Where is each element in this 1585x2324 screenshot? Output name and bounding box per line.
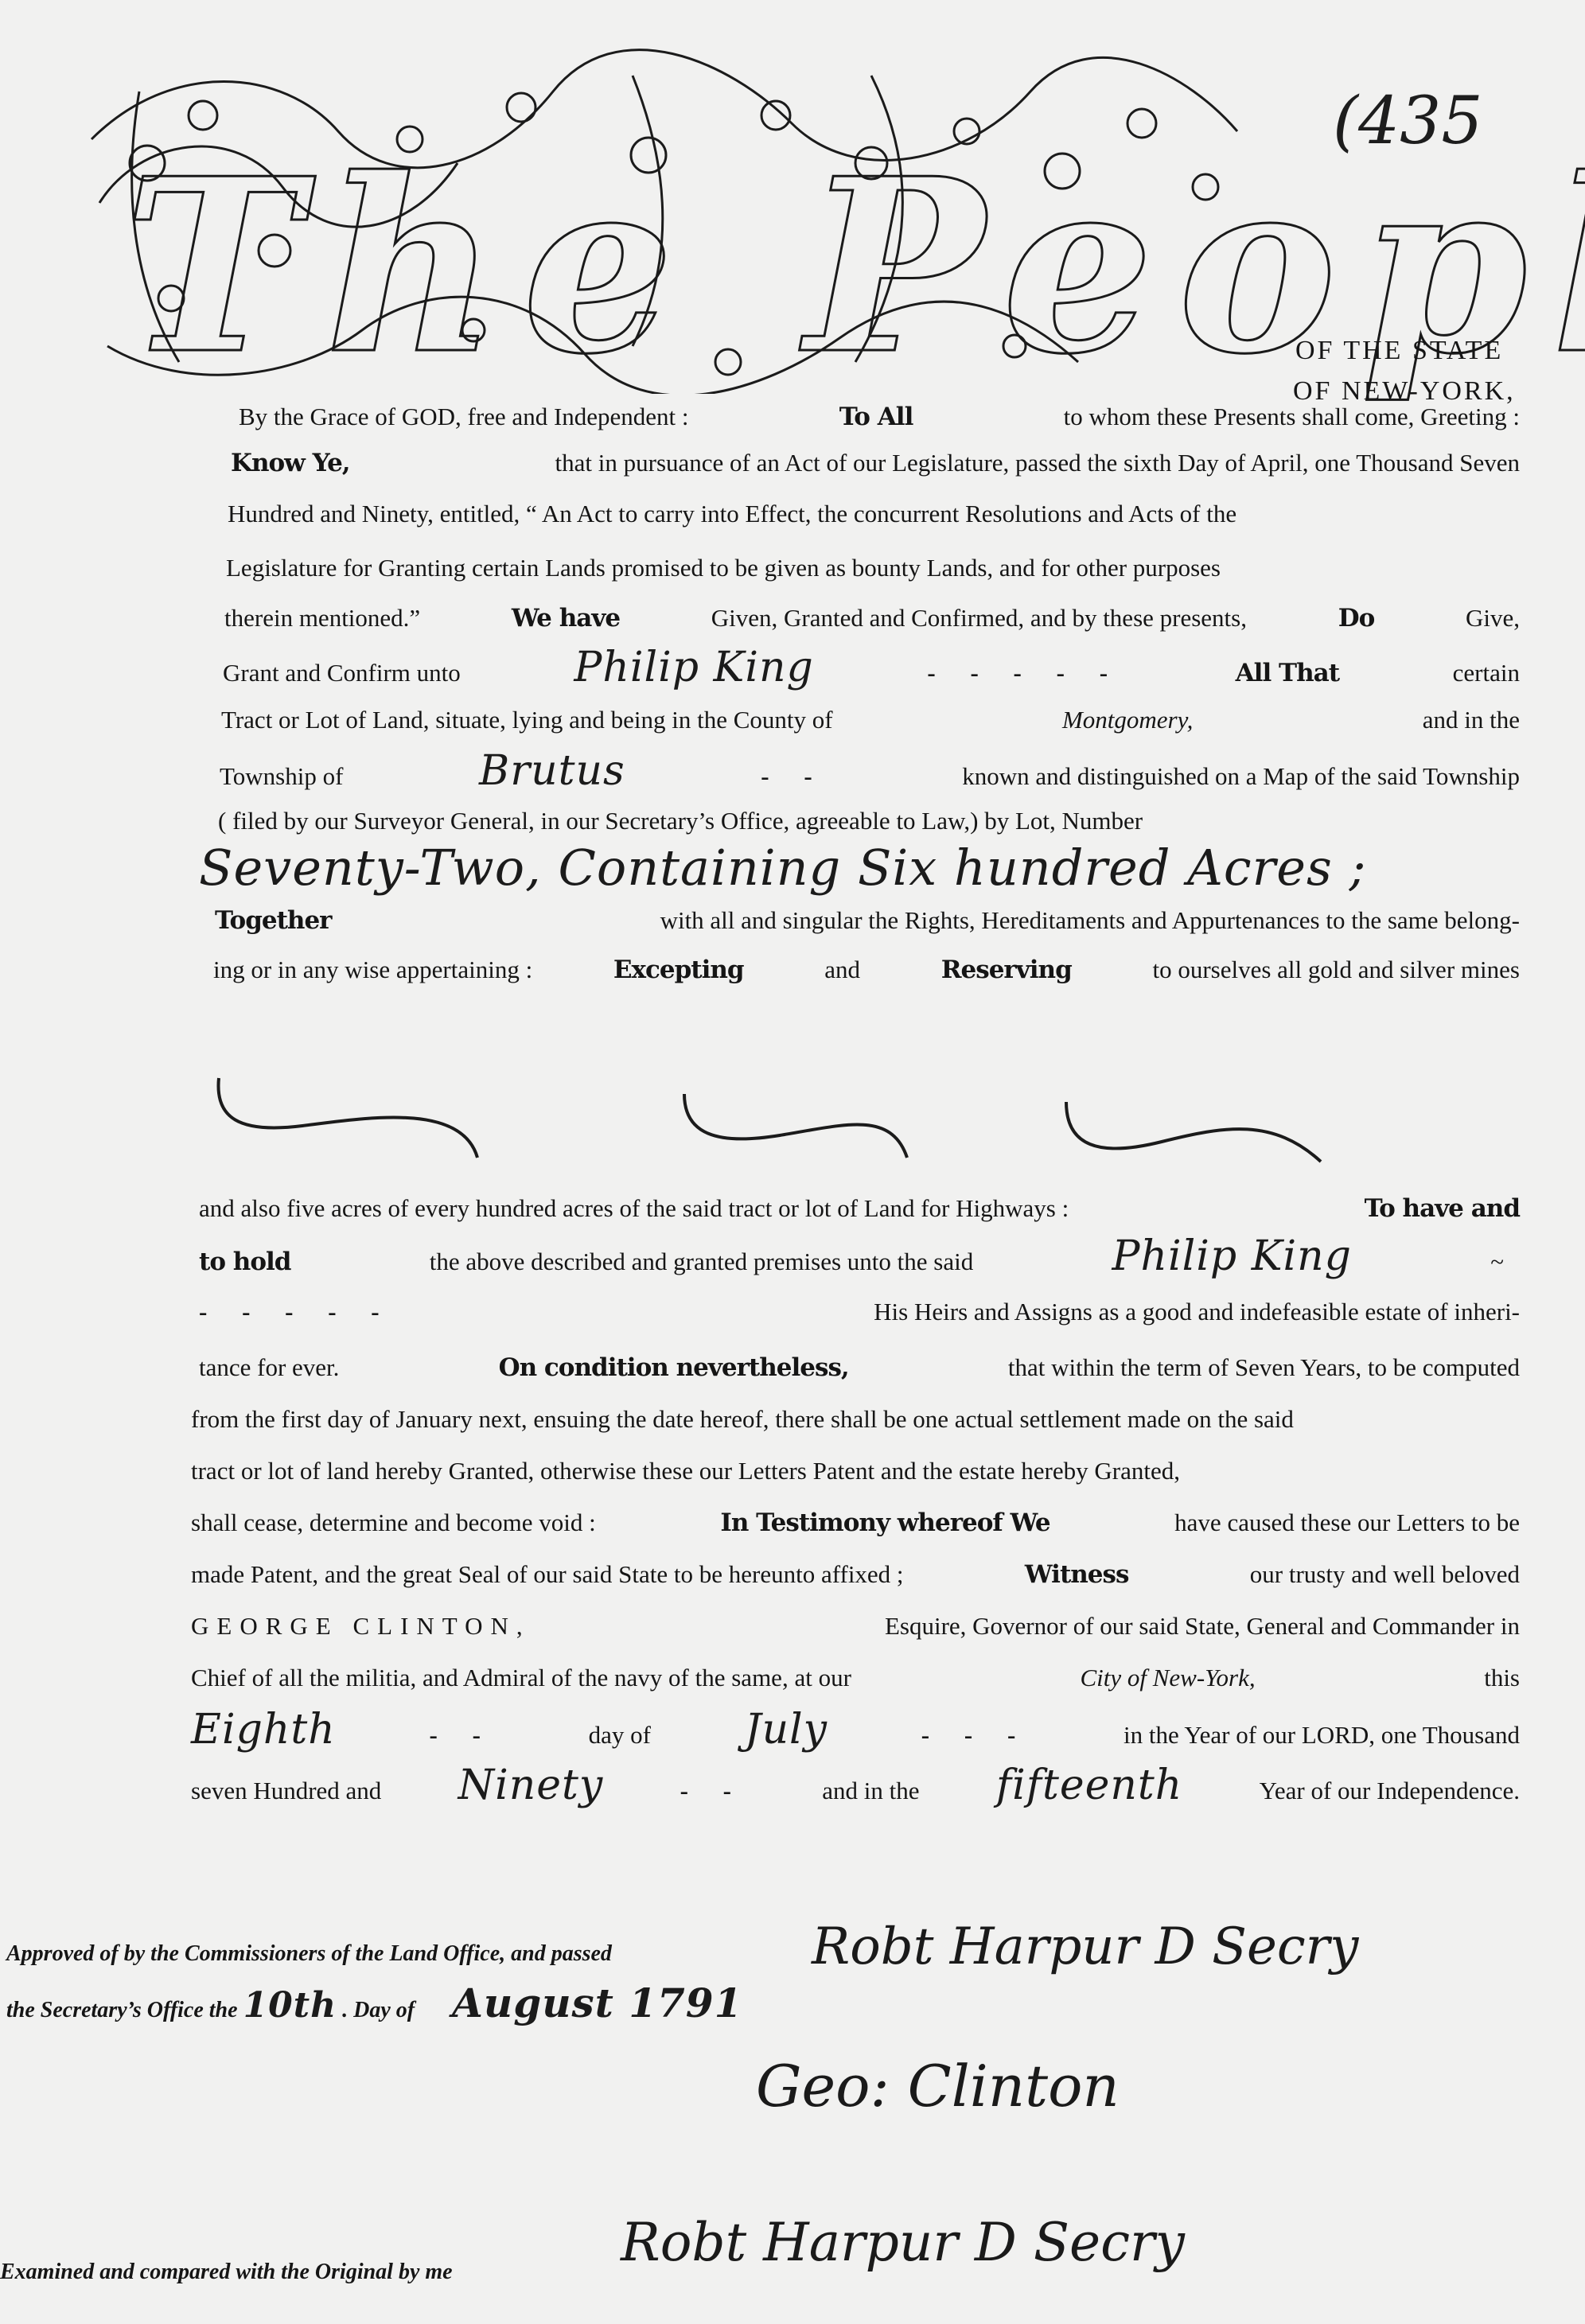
- examined-note: Examined and compared with the Original …: [0, 2260, 453, 2285]
- pen-stroke-icon: [207, 1070, 1512, 1166]
- grantee-name-handwritten-2: Philip King: [1112, 1233, 1352, 1279]
- ornamental-banner: The People: [76, 44, 1253, 394]
- body-line-17: from the first day of January next, ensu…: [191, 1396, 1520, 1442]
- body-line-3: Hundred and Ninety, entitled, “ An Act t…: [228, 491, 1520, 537]
- grantee-name-handwritten: Philip King: [574, 644, 813, 691]
- body-line-8: Township of Brutus - - known and disting…: [220, 748, 1520, 800]
- body-line-4: Legislature for Granting certain Lands p…: [226, 545, 1520, 591]
- approval-note-line-1: Approved of by the Commissioners of the …: [6, 1941, 612, 1967]
- body-line-11: Together with all and singular the Right…: [215, 897, 1520, 944]
- land-patent-document: The People (435 OF THE STATE OF NEW-YORK…: [0, 0, 1585, 2324]
- county-name: Montgomery,: [1062, 697, 1193, 743]
- examiner-signature: Robt Harpur D Secry: [621, 2212, 1185, 2273]
- independence-year-handwritten: fifteenth: [996, 1762, 1182, 1808]
- approval-day-handwritten: 10th: [243, 1985, 337, 2026]
- body-line-16: tance for ever. On condition nevertheles…: [199, 1345, 1520, 1391]
- body-line-19: shall cease, determine and become void :…: [191, 1500, 1520, 1546]
- governor-signature: Geo: Clinton: [756, 2053, 1120, 2120]
- body-line-22: Chief of all the militia, and Admiral of…: [191, 1655, 1520, 1701]
- body-line-6: Grant and Confirm unto Philip King - - -…: [223, 644, 1520, 696]
- banner-title: The People: [123, 139, 1237, 394]
- approval-date-handwritten: August 1791: [452, 1979, 742, 2026]
- body-line-5: therein mentioned.” We have Given, Grant…: [224, 595, 1520, 641]
- body-line-23: Eighth - - day of July - - - in the Year…: [191, 1707, 1520, 1758]
- body-line-14: to hold the above described and granted …: [199, 1233, 1504, 1285]
- body-line-21: GEORGE CLINTON, Esquire, Governor of our…: [191, 1603, 1520, 1649]
- body-line-15: - - - - - His Heirs and Assigns as a goo…: [199, 1289, 1520, 1335]
- secretary-signature: Robt Harpur D Secry: [812, 1917, 1358, 1976]
- month-handwritten: July: [745, 1707, 828, 1753]
- body-line-2: Know Ye, that in pursuance of an Act of …: [231, 440, 1520, 486]
- body-line-18: tract or lot of land hereby Granted, oth…: [191, 1448, 1520, 1494]
- township-name-handwritten: Brutus: [479, 748, 625, 794]
- body-line-1: By the Grace of GOD, free and Independen…: [239, 394, 1520, 440]
- approval-note-line-2: the Secretary’s Office the 10th . Day of…: [6, 1979, 742, 2026]
- body-line-12: ing or in any wise appertaining : Except…: [213, 947, 1520, 993]
- file-number: (435: [1333, 84, 1483, 159]
- day-handwritten: Eighth: [191, 1707, 336, 1753]
- year-handwritten: Ninety: [458, 1762, 604, 1808]
- body-line-20: made Patent, and the great Seal of our s…: [191, 1551, 1520, 1598]
- lot-and-acreage-handwritten: Seventy-Two, Containing Six hundred Acre…: [199, 845, 1366, 891]
- body-line-7: Tract or Lot of Land, situate, lying and…: [221, 697, 1520, 743]
- body-line-9: ( filed by our Surveyor General, in our …: [218, 798, 1520, 844]
- body-line-10: Seventy-Two, Containing Six hundred Acre…: [199, 845, 1520, 891]
- handwritten-flourish-strokes: [207, 1070, 1512, 1166]
- body-line-24: seven Hundred and Ninety - - and in the …: [191, 1762, 1520, 1814]
- state-heading-line-1: OF THE STATE: [1295, 336, 1503, 366]
- body-line-13: and also five acres of every hundred acr…: [199, 1185, 1520, 1232]
